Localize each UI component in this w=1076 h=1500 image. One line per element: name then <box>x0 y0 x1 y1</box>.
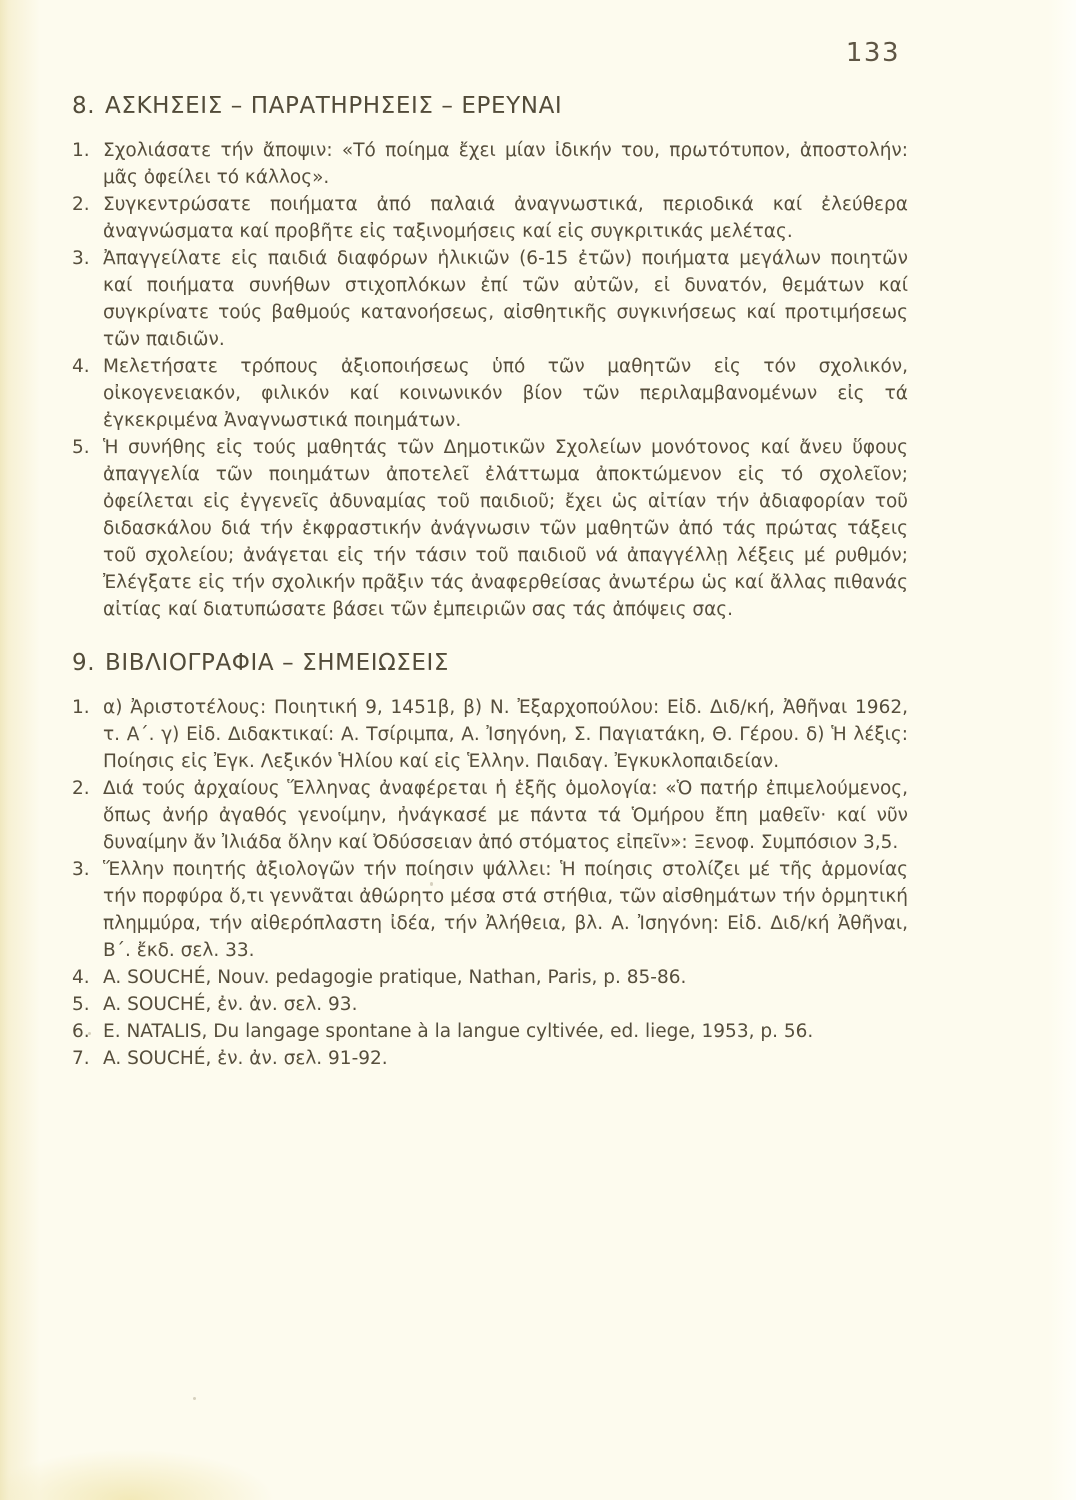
bibliography-list: 1.α) Ἀριστοτέλους: Ποιητική 9, 1451β, β)… <box>72 694 908 1072</box>
list-item-number: 2. <box>72 191 103 245</box>
list-item: 5.A. SOUCHÉ, ἐν. ἀν. σελ. 93. <box>72 991 908 1018</box>
list-item: 1.Σχολιάσατε τήν ἄποψιν: «Τό ποίημα ἔχει… <box>72 137 908 191</box>
list-item-text: Μελετήσατε τρόπους ἀξιοποιήσεως ὑπό τῶν … <box>103 353 908 434</box>
list-item-text: Σχολιάσατε τήν ἄποψιν: «Τό ποίημα ἔχει μ… <box>103 137 908 191</box>
list-item-number: 3. <box>72 856 103 964</box>
list-item-number: 7. <box>72 1045 103 1072</box>
list-item-text: A. SOUCHÉ, Nouv. pedagogie pratique, Nat… <box>103 964 908 991</box>
bibliography-heading-number: 9. <box>72 649 105 677</box>
list-item-number: 5. <box>72 991 103 1018</box>
list-item-number: 3. <box>72 245 103 353</box>
list-item-text: A. SOUCHÉ, ἐν. ἀν. σελ. 91-92. <box>103 1045 908 1072</box>
list-item: 7.A. SOUCHÉ, ἐν. ἀν. σελ. 91-92. <box>72 1045 908 1072</box>
list-item: 6.E. NATALIS, Du langage spontane à la l… <box>72 1018 908 1045</box>
list-item: 5.Ἡ συνήθης εἰς τούς μαθητάς τῶν Δημοτικ… <box>72 434 908 623</box>
scan-speck <box>88 1032 91 1035</box>
list-item-text: A. SOUCHÉ, ἐν. ἀν. σελ. 93. <box>103 991 908 1018</box>
list-item: 3.Ἕλλην ποιητής ἀξιολογῶν τήν ποίησιν ψά… <box>72 856 908 964</box>
list-item-number: 4. <box>72 353 103 434</box>
page-content: 8. ΑΣΚΗΣΕΙΣ – ΠΑΡΑΤΗΡΗΣΕΙΣ – ΕΡΕΥΝΑΙ 1.Σ… <box>72 0 908 1072</box>
list-item-number: 1. <box>72 694 103 775</box>
list-item: 4.Μελετήσατε τρόπους ἀξιοποιήσεως ὑπό τῶ… <box>72 353 908 434</box>
list-item-text: Διά τούς ἀρχαίους Ἕλληνας ἀναφέρεται ἡ ἑ… <box>103 775 908 856</box>
exercises-heading-number: 8. <box>72 92 105 120</box>
scan-speck <box>430 882 433 886</box>
exercises-heading-title: ΑΣΚΗΣΕΙΣ – ΠΑΡΑΤΗΡΗΣΕΙΣ – ΕΡΕΥΝΑΙ <box>105 92 908 120</box>
list-item-number: 5. <box>72 434 103 623</box>
list-item-number: 4. <box>72 964 103 991</box>
list-item-text: E. NATALIS, Du langage spontane à la lan… <box>103 1018 908 1045</box>
exercises-section-heading: 8. ΑΣΚΗΣΕΙΣ – ΠΑΡΑΤΗΡΗΣΕΙΣ – ΕΡΕΥΝΑΙ <box>72 92 908 120</box>
list-item-text: Ἀπαγγείλατε εἰς παιδιά διαφόρων ἡλικιῶν … <box>103 245 908 353</box>
bibliography-section-heading: 9. ΒΙΒΛΙΟΓΡΑΦΙΑ – ΣΗΜΕΙΩΣΕΙΣ <box>72 649 908 677</box>
list-item-text: Συγκεντρώσατε ποιήματα ἀπό παλαιά ἀναγνω… <box>103 191 908 245</box>
list-item-number: 2. <box>72 775 103 856</box>
list-item-number: 1. <box>72 137 103 191</box>
list-item-text: α) Ἀριστοτέλους: Ποιητική 9, 1451β, β) Ν… <box>103 694 908 775</box>
list-item: 3.Ἀπαγγείλατε εἰς παιδιά διαφόρων ἡλικιῶ… <box>72 245 908 353</box>
list-item: 2.Συγκεντρώσατε ποιήματα ἀπό παλαιά ἀναγ… <box>72 191 908 245</box>
list-item: 2.Διά τούς ἀρχαίους Ἕλληνας ἀναφέρεται ἡ… <box>72 775 908 856</box>
list-item: 1.α) Ἀριστοτέλους: Ποιητική 9, 1451β, β)… <box>72 694 908 775</box>
list-item: 4.A. SOUCHÉ, Nouv. pedagogie pratique, N… <box>72 964 908 991</box>
list-item-text: Ἕλλην ποιητής ἀξιολογῶν τήν ποίησιν ψάλλ… <box>103 856 908 964</box>
scanned-book-page: { "page": { "number": "133" }, "colors":… <box>0 0 1076 1500</box>
scan-speck <box>193 1397 196 1400</box>
exercises-list: 1.Σχολιάσατε τήν ἄποψιν: «Τό ποίημα ἔχει… <box>72 137 908 623</box>
list-item-text: Ἡ συνήθης εἰς τούς μαθητάς τῶν Δημοτικῶν… <box>103 434 908 623</box>
bibliography-heading-title: ΒΙΒΛΙΟΓΡΑΦΙΑ – ΣΗΜΕΙΩΣΕΙΣ <box>105 649 908 677</box>
